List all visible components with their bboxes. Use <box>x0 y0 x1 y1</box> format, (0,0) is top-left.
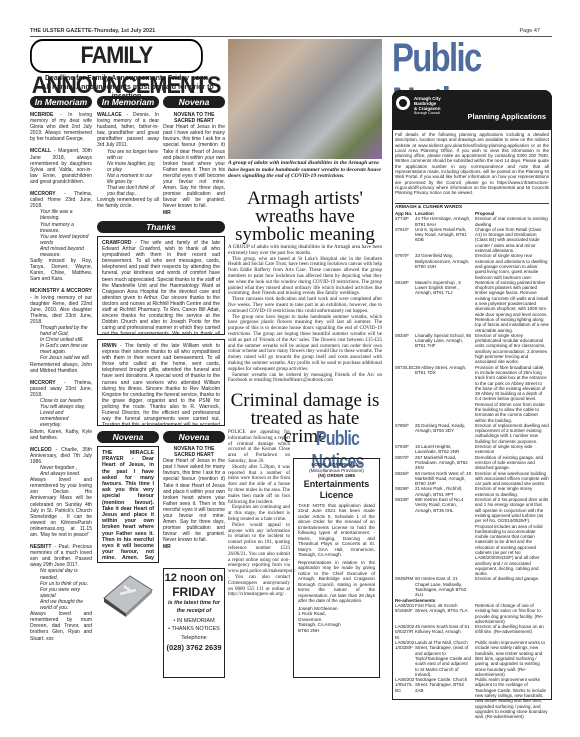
verse-line: Your memory a treasure. <box>30 222 92 234</box>
table-row: LA08/2019/1946/FFirst Floor, 45 Scotch S… <box>395 603 549 624</box>
council-line: Borough Council <box>414 111 441 116</box>
location: 257 Markethill Road, Portadown, Armagh, … <box>415 455 475 471</box>
notice-signoff: Sadly missed by Roy, Tanya, Denver, Wayn… <box>30 258 92 282</box>
deadline-ad: 12 noon on FRIDAY is the latest time for… <box>163 568 225 678</box>
table-row: 0807/F257 Markethill Road, Portadown, Ar… <box>395 455 549 471</box>
novena-notice-1: NOVENA TO THE SACRED HEART Dear Heart of… <box>163 112 225 216</box>
table-row: LA08/2020/0327/RM45 metres South East of… <box>395 624 549 640</box>
bible-icon <box>100 568 155 618</box>
location: 45 metres South East of 51 Killuney Road… <box>415 624 475 640</box>
thanks-crawford: CRAWFORD - The wife and family of the la… <box>97 236 225 335</box>
novena-title: NOVENA TO THE SACRED HEART <box>163 112 225 124</box>
ad-telephone-label: Telephone <box>164 633 224 643</box>
novena-title: NOVENA TO THE SACRED HEART <box>163 446 225 458</box>
location: Lisanally Special School, 85 Lisanally L… <box>415 333 475 365</box>
notice: MCCRORY - Thelma, passed away 23rd June,… <box>30 380 92 441</box>
article-paragraph: Summer wreaths can be ordered by messagi… <box>228 373 382 385</box>
novena-header-2: Novena <box>97 431 159 443</box>
proposal: Erection of 2 No proposed drier units an… <box>475 497 549 576</box>
novena-header: Novena <box>163 96 225 108</box>
app-no: 0791/F <box>395 227 415 253</box>
app-no: 0873/LBC <box>395 365 415 423</box>
location: 21 Moss Park , Richhill, Armagh, BT61 9P… <box>415 486 475 497</box>
proposal: Change of use from Retail (Class A1) to … <box>475 227 549 253</box>
location: Tandragee Castle, Church Street, Tandrag… <box>415 677 475 719</box>
deadline-line-1: Deadline for Family Announcements Friday… <box>30 74 225 83</box>
verse-line: For us to think of you. <box>30 581 92 587</box>
location: 25 Dunlarg Road, Keady, Armagh, BT60 3DY <box>415 423 475 444</box>
novena-initials: MR <box>163 544 171 550</box>
council-name: Armagh City Banbridge & Craigavon Boroug… <box>414 96 441 116</box>
proposal: Erection of rear extension to existing d… <box>475 216 549 227</box>
novena-text: Dear Heart of Jesus in the past I have a… <box>163 458 225 543</box>
proposal: Erection of single storey rear extension… <box>475 253 549 279</box>
article-paragraph: Police would appeal to anyone with any i… <box>228 523 290 598</box>
table-row: 0794/F15 Laurel Heights, Laurelvale, BT6… <box>395 444 549 455</box>
app-no: 0826/F <box>395 471 415 487</box>
proposal: Erection of single storey prefabricated … <box>475 333 549 365</box>
notice-name: MCKINSTRY & MCCRORY <box>30 288 92 294</box>
verse-line: Though parted by the hand of God, <box>30 325 92 337</box>
notice-text: - Margaret, 30th June 2018, always remem… <box>30 148 92 184</box>
proposal: Erection of new warehouse building with … <box>475 471 549 487</box>
planning-header: Armagh City Banbridge & Craigavon Boroug… <box>392 90 552 130</box>
ad-telephone: (028) 3762 2639 <box>164 643 224 653</box>
proposal: Erection of dwelling and garage. <box>475 576 549 597</box>
notice-name: MCCRORY <box>30 380 56 386</box>
proposal: Erection of rear single storey extension… <box>475 486 549 497</box>
location: 39 Abbey Street, Armagh, BT61 7DX <box>415 365 475 423</box>
wallace-notice: WALLACE - Dennis. In loving memory of a … <box>97 112 159 210</box>
family-announcements-title: FAMILY ANNOUNCEMENTS <box>30 39 203 73</box>
miracle-text: - Dear Heart of Jesus, in the past I hav… <box>102 456 154 563</box>
notice: MCCALL - Margaret, 30th June 2018, alway… <box>30 148 92 185</box>
proposal: Retention of change of use of existing h… <box>475 603 549 624</box>
table-row: LA08/2021/0547/LBCTandragee Castle, Chur… <box>395 677 549 719</box>
table-row: 0873/LBC39 Abbey Street, Armagh, BT61 7D… <box>395 365 549 423</box>
proposal: Public realm improvement works to includ… <box>475 640 549 677</box>
notice: WALLACE - Dennis. In loving memory of a … <box>97 112 159 210</box>
thanks-header: Thanks <box>97 221 225 233</box>
masthead: THE ULSTER GAZETTE-Thursday, 1st July 20… <box>30 28 260 34</box>
app-no: 0818/F <box>395 280 415 333</box>
verse-line: Your life was a blessing. <box>30 209 92 221</box>
notice-name: MCCALL <box>30 148 51 154</box>
location: 680 metres East of No.4 Vestry Road, Cor… <box>415 497 475 576</box>
page-number: Page 47 <box>520 28 541 34</box>
location: Lands at The Mall, Church Street, Tandra… <box>415 640 475 677</box>
notice-text: - In loving memory of our daughter Rene,… <box>30 295 92 325</box>
article-paragraph: The group now have begun to make handmad… <box>228 315 382 373</box>
verse-line: You are loved beyond words <box>30 234 92 246</box>
thanks-text: - The family of the late William wish to… <box>102 343 220 426</box>
verse-line: Not a moment in our life goes by <box>97 173 159 185</box>
location: First Floor, 45 Scotch Street, Armagh, B… <box>415 603 475 624</box>
novena-header-3: Novena <box>163 431 225 443</box>
novena-notice-2: NOVENA TO THE SACRED HEART Dear Heart of… <box>163 446 225 550</box>
signature-line: BT60 2NH <box>298 628 375 634</box>
article-paragraph: POLICE are appealing for information fol… <box>228 430 290 465</box>
notice: MCLEOD - Charlie, 35th Anniversary, died… <box>30 447 92 538</box>
table-row: 0785/F25 Dunlarg Road, Keady, Armagh, BT… <box>395 423 549 444</box>
verse-line: Loved and remembered <box>30 410 92 422</box>
proposal: Erection of a dwelling house on an infil… <box>475 624 549 640</box>
app-no: LA08/2021/0328/F <box>395 640 415 677</box>
table-row: 0826/F60 metres North West of; 40 Market… <box>395 471 549 487</box>
article-paragraph: This group, who are based at St Luke's H… <box>228 257 382 298</box>
verse-line: No special day is needed, <box>30 568 92 580</box>
app-no: 0794/F <box>395 444 415 455</box>
wreath-photo <box>228 39 382 159</box>
novena-initials: MR <box>163 210 171 216</box>
table-row: 0834/FLisanally Special School, 85 Lisan… <box>395 333 549 365</box>
verse-line: And we thought the world of you. <box>30 599 92 611</box>
proposal: Public realm improvement works adjacent … <box>475 677 549 719</box>
verse-line: No more laughter, joy, or play <box>97 161 159 173</box>
proposal: Erection of single storey side extension <box>475 444 549 455</box>
notice-signoff: Always loved and remembered by mum Doree… <box>30 611 92 641</box>
notice: NESBITT - Paul. Precious memories of a m… <box>30 544 92 642</box>
app-no: 0797/F <box>395 253 415 279</box>
licence-paragraph-2: Representations in relation to the appli… <box>298 560 375 604</box>
table-row: 0818/FMasari's Supershop , 5 Lower Engli… <box>395 280 549 333</box>
notice-name: MCBRIDE <box>30 112 53 118</box>
table-row: 0833/F680 metres East of No.4 Vestry Roa… <box>395 497 549 576</box>
in-memoriam-header: In Memoriam <box>30 96 92 108</box>
in-memoriam-header-2: In Memoriam <box>97 96 159 108</box>
ad-item-1: • IN MEMORIAM <box>164 617 224 625</box>
location: Masari's Supershop , 5 Lower English Str… <box>415 280 475 333</box>
notice-name: NESBITT <box>30 544 51 550</box>
location: 44 The Hermitage, Armagh, BT61 8AH <box>415 216 475 227</box>
proposal: Provision of fibre broadband cable, to i… <box>475 365 549 423</box>
notice: MCBRIDE - In loving memory of my dear wi… <box>30 112 92 142</box>
novena-text: Dear Heart of Jesus in the past I have a… <box>163 124 225 209</box>
proposal: Demolition of existing garage, and erect… <box>475 455 549 471</box>
notice-text: - Dennis. In loving memory of a dear hus… <box>97 112 159 148</box>
app-no: LA08/2019/1946/F <box>395 603 415 624</box>
entertainments-licence-notice: LOCAL GOVERNMENT (Miscellaneous Provisio… <box>293 458 380 678</box>
ward-heading: ARMAGH & CUSHER WARDS <box>395 203 549 210</box>
thanks-name: CRAWFORD <box>102 240 131 246</box>
licence-signature: Joseph McGleenan1 Rock Road,Granemore,Ta… <box>298 606 375 634</box>
table-row: 0835/RM60 metres East of, 21 Chapel Lane… <box>395 576 549 597</box>
ad-line-4: the receipt of <box>164 607 224 615</box>
article-paragraph: Enquiries are continuing and at this sta… <box>228 505 290 522</box>
location: 15 Laurel Heights, Laurelvale, BT62 2NR <box>415 444 475 455</box>
verse-line: You are no longer here with us <box>97 149 159 161</box>
proposal: Erection of replacement dwelling and rep… <box>475 423 549 444</box>
notice-name: WALLACE <box>97 112 122 118</box>
verse-line: For you were very special <box>30 587 92 599</box>
notice-signoff: Lovingly remembered by all the family ci… <box>97 197 159 209</box>
app-no: LA08/2020/0327/RM <box>395 624 415 640</box>
location: Unit 8, Spires Retail Park, Mey Road, Ar… <box>415 227 475 253</box>
article-headline-wreaths: Armagh artists' wreaths have symbolic me… <box>228 190 382 244</box>
thanks-text: - The wife and family of the late Edward… <box>102 240 220 335</box>
notice-signoff: Always loved and remembered by your lovi… <box>30 477 92 538</box>
app-no: 0834/F <box>395 333 415 365</box>
planning-intro: Full details of the following planning a… <box>395 132 549 196</box>
app-no: 0833/F <box>395 497 415 576</box>
app-no: 2773/F <box>395 216 415 227</box>
in-memoriam-column: MCBRIDE - In loving memory of my dear wi… <box>30 112 92 648</box>
article-body-hate-crime: POLICE are appealing for information fol… <box>228 430 290 598</box>
planning-table: App No. Location Proposal 2773/F44 The H… <box>395 211 549 720</box>
table-row: 0797/F33 Greenfield Way, Ballynahonemore… <box>395 253 549 279</box>
planning-applications-heading: Planning Applications <box>468 112 546 121</box>
app-no: 0829/F <box>395 486 415 497</box>
article-paragraph: Shortly after 5.20pm, it was reported th… <box>228 465 290 506</box>
thanks-irwin: IRWIN - The family of the late William w… <box>97 339 225 426</box>
miracle-prayer: THE MIRACLE PRAYER - Dear Heart of Jesus… <box>97 446 159 563</box>
notice-name: MCLEOD <box>30 447 52 453</box>
article-body-wreaths: A GROUP of adults with learning disabili… <box>228 245 382 384</box>
licence-title: Entertainments Licence <box>298 479 375 501</box>
licence-paragraph-1: TAKE NOTE that application dated 22nd Ju… <box>298 503 375 558</box>
location: 33 Greenfield Way, Ballynahonemore, Arma… <box>415 253 475 279</box>
article-paragraph: A GROUP of adults with learning disabili… <box>228 245 382 257</box>
ad-item-2: • THANKS NOTICES <box>164 625 224 633</box>
app-no: 0785/F <box>395 423 415 444</box>
notice: MCKINSTRY & MCCRORY - In loving memory o… <box>30 288 92 373</box>
notice-name: MCCRORY <box>30 191 56 197</box>
verse-line: That we don't think of you that day... <box>97 185 159 197</box>
app-no: 0807/F <box>395 455 415 471</box>
council-logo-icon <box>396 96 410 110</box>
table-row: 0829/F21 Moss Park , Richhill, Armagh, B… <box>395 486 549 497</box>
location: 60 metres North West of; 40 Markethill R… <box>415 471 475 487</box>
ad-line-1: 12 noon on <box>164 572 224 585</box>
table-row: LA08/2021/0328/FLands at The Mall, Churc… <box>395 640 549 677</box>
ad-line-3: is the latest time for <box>164 599 224 607</box>
notice: MCCRORY - Thelma, called Home 23rd June,… <box>30 191 92 282</box>
thanks-name: IRWIN <box>102 343 117 349</box>
photo-caption: A group of adults with intellectual disa… <box>228 160 382 180</box>
app-no: 0835/RM <box>395 576 415 597</box>
verse-line: In God's own time we meet again. <box>30 343 92 355</box>
article-paragraph: These canvases took dedication and hard … <box>228 297 382 314</box>
verse-line: And missed beyond measure. <box>30 246 92 258</box>
notice-signoff: Remembered always, John and Mildred Hami… <box>30 362 92 374</box>
app-no: LA08/2021/0547/LBC <box>395 677 415 719</box>
ad-line-2: FRIDAY <box>164 585 224 599</box>
table-row: 0791/FUnit 8, Spires Retail Park, Mey Ro… <box>395 227 549 253</box>
proposal: Retention of existing painted timber sho… <box>475 280 549 333</box>
notice-signoff: Edwin, Karen, Kathy, Kyle and families. <box>30 429 92 441</box>
table-row: 2773/F44 The Hermitage, Armagh, BT61 8AH… <box>395 216 549 227</box>
location: 60 metres East of, 21 Chapel Lane, Mulla… <box>415 576 475 597</box>
